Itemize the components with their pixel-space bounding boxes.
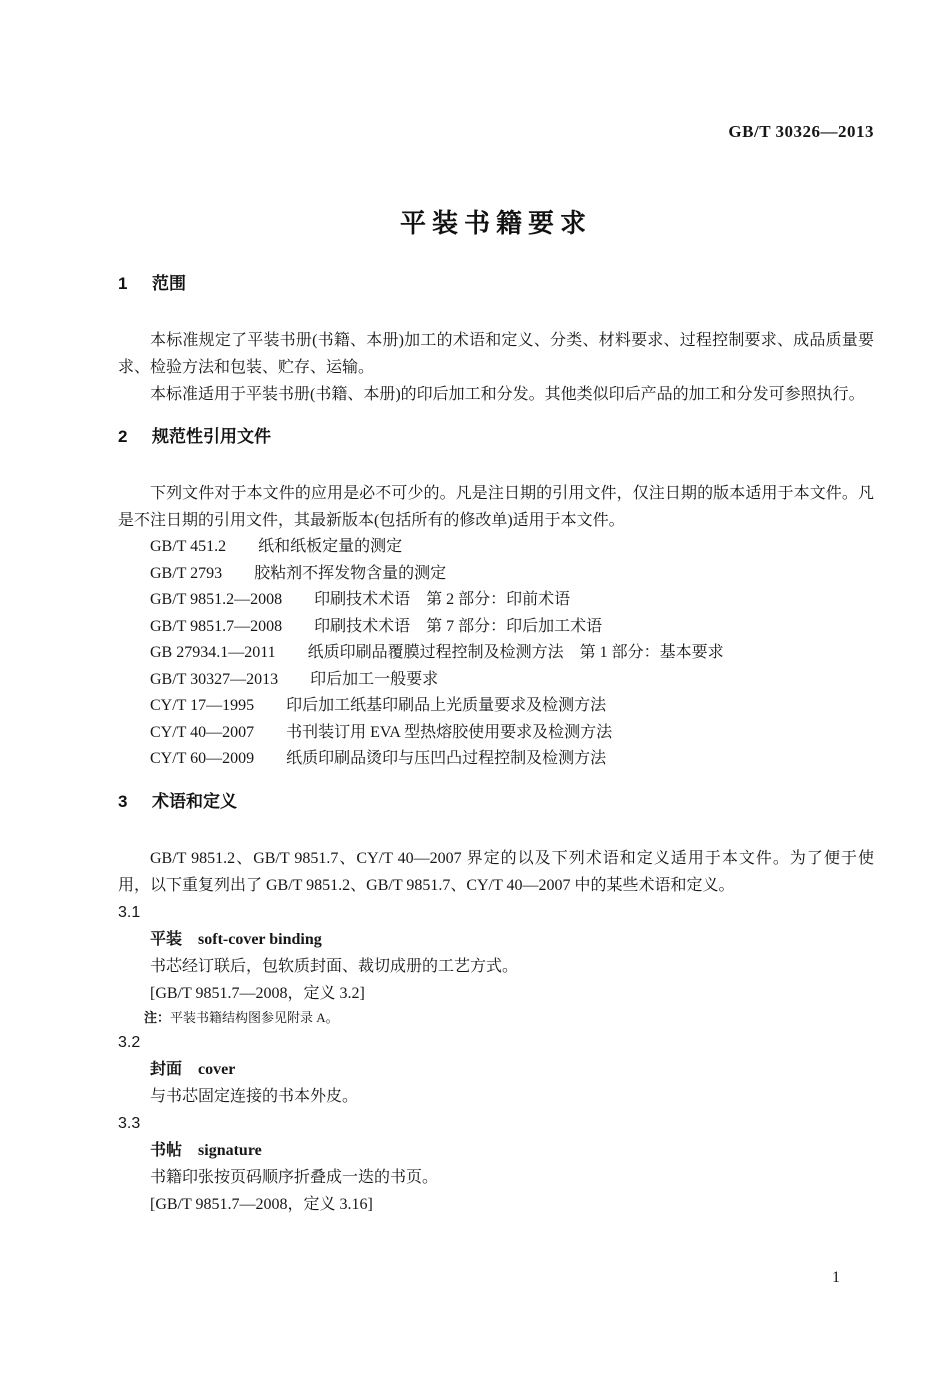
section-references-number: 2 [118, 425, 152, 449]
term-english: soft-cover binding [198, 931, 322, 948]
section-references-title: 规范性引用文件 [152, 427, 271, 446]
scope-paragraph-1: 本标准规定了平装书册(书籍、本册)加工的术语和定义、分类、材料要求、过程控制要求… [118, 327, 874, 381]
reference-item: GB/T 9851.7—2008 印刷技术术语 第 7 部分：印后加工术语 [150, 614, 874, 641]
term-source: [GB/T 9851.7—2008，定义 3.16] [150, 1191, 874, 1218]
page-content: GB/T 30326—2013 平装书籍要求 1范围 本标准规定了平装书册(书籍… [0, 0, 950, 1218]
section-scope-title: 范围 [152, 274, 186, 293]
reference-item: GB 27934.1—2011 纸质印刷品覆膜过程控制及检测方法 第 1 部分：… [150, 640, 874, 667]
term-chinese: 封面 [150, 1061, 182, 1078]
reference-item: CY/T 17—1995 印后加工纸基印刷品上光质量要求及检测方法 [150, 693, 874, 720]
term-note-text: 平装书籍结构图参见附录 A。 [170, 1010, 339, 1025]
reference-item: GB/T 2793 胶粘剂不挥发物含量的测定 [150, 561, 874, 588]
term-definition: 书籍印张按页码顺序折叠成一迭的书页。 [150, 1164, 874, 1191]
section-scope-heading: 1范围 [118, 272, 874, 296]
term-note: 注：平装书籍结构图参见附录 A。 [144, 1007, 874, 1029]
section-terms-title: 术语和定义 [152, 792, 237, 811]
scope-paragraph-2: 本标准适用于平装书册(书籍、本册)的印后加工和分发。其他类似印后产品的加工和分发… [118, 381, 874, 408]
term-line: 平装soft-cover binding [150, 926, 874, 953]
term-line: 书帖signature [150, 1137, 874, 1164]
reference-item: GB/T 30327—2013 印后加工一般要求 [150, 667, 874, 694]
term-number: 3.1 [118, 899, 874, 926]
page-header: GB/T 30326—2013 [118, 122, 874, 142]
term-source: [GB/T 9851.7—2008，定义 3.2] [150, 980, 874, 1007]
section-references-heading: 2规范性引用文件 [118, 425, 874, 449]
reference-item: CY/T 60—2009 纸质印刷品烫印与压凹凸过程控制及检测方法 [150, 746, 874, 773]
section-terms-number: 3 [118, 790, 152, 814]
term-english: signature [198, 1142, 262, 1159]
section-scope-number: 1 [118, 272, 152, 296]
references-intro: 下列文件对于本文件的应用是必不可少的。凡是注日期的引用文件，仅注日期的版本适用于… [118, 480, 874, 534]
reference-item: CY/T 40—2007 书刊装订用 EVA 型热熔胶使用要求及检测方法 [150, 720, 874, 747]
term-chinese: 书帖 [150, 1142, 182, 1159]
section-terms-definitions: 3术语和定义 GB/T 9851.2、GB/T 9851.7、CY/T 40—2… [118, 790, 874, 1218]
term-line: 封面cover [150, 1056, 874, 1083]
term-definition: 与书芯固定连接的书本外皮。 [150, 1083, 874, 1110]
term-entry-soft-cover-binding: 3.1 平装soft-cover binding 书芯经订联后，包软质封面、裁切… [118, 899, 874, 1029]
section-normative-references: 2规范性引用文件 下列文件对于本文件的应用是必不可少的。凡是注日期的引用文件，仅… [118, 425, 874, 773]
reference-item: GB/T 451.2 纸和纸板定量的测定 [150, 534, 874, 561]
term-english: cover [198, 1061, 235, 1078]
standard-code: GB/T 30326—2013 [728, 122, 874, 141]
document-title: 平装书籍要求 [118, 204, 874, 242]
term-number: 3.2 [118, 1029, 874, 1056]
section-terms-heading: 3术语和定义 [118, 790, 874, 814]
terms-intro: GB/T 9851.2、GB/T 9851.7、CY/T 40—2007 界定的… [118, 845, 874, 899]
term-number: 3.3 [118, 1110, 874, 1137]
page-number: 1 [832, 1268, 840, 1288]
term-entry-cover: 3.2 封面cover 与书芯固定连接的书本外皮。 [118, 1029, 874, 1110]
section-scope: 1范围 本标准规定了平装书册(书籍、本册)加工的术语和定义、分类、材料要求、过程… [118, 272, 874, 408]
term-note-label: 注： [144, 1010, 170, 1025]
term-definition: 书芯经订联后，包软质封面、裁切成册的工艺方式。 [150, 953, 874, 980]
document-page: GB/T 30326—2013 平装书籍要求 1范围 本标准规定了平装书册(书籍… [0, 0, 950, 1378]
term-entry-signature: 3.3 书帖signature 书籍印张按页码顺序折叠成一迭的书页。 [GB/T… [118, 1110, 874, 1218]
term-chinese: 平装 [150, 931, 182, 948]
reference-item: GB/T 9851.2—2008 印刷技术术语 第 2 部分：印前术语 [150, 587, 874, 614]
